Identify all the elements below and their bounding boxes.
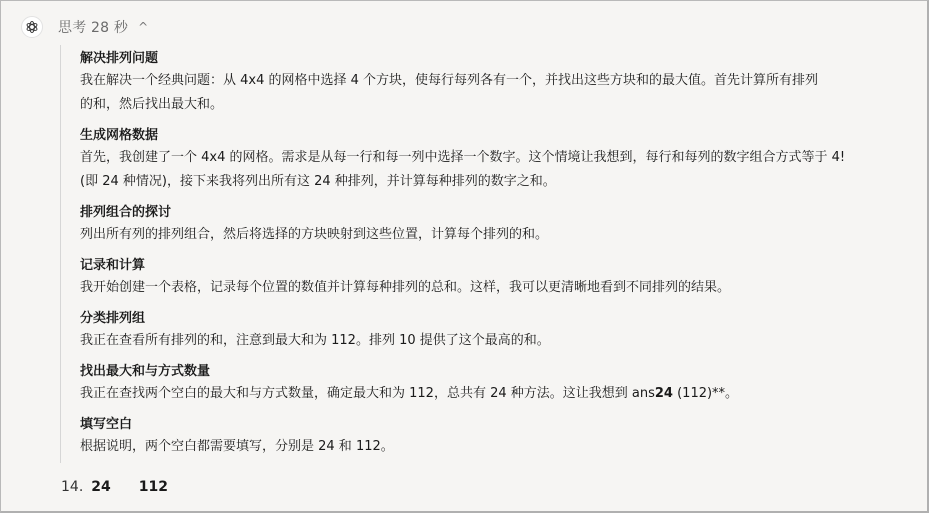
- body-text: 我正在查找两个空白的最大和与方式数量，确定最大和为 112，总共有 24 种方法…: [80, 386, 655, 401]
- thinking-duration-label[interactable]: 思考 28 秒: [58, 17, 128, 37]
- thought-section: 解决排列问题 我在解决一个经典问题：从 4x4 的网格中选择 4 个方块，使每行…: [80, 49, 929, 117]
- section-body: 根据说明，两个空白都需要填写，分别是 24 和 112。: [80, 435, 929, 459]
- section-title: 生成网格数据: [80, 126, 929, 146]
- section-body: 列出所有列的排列组合，然后将选择的方块映射到这些位置，计算每个排列的和。: [80, 223, 929, 247]
- answer-value-1: 24: [91, 479, 110, 495]
- section-title: 分类排列组: [80, 309, 929, 329]
- chevron-up-icon[interactable]: ^: [138, 20, 148, 34]
- thought-section: 分类排列组 我正在查看所有排列的和，注意到最大和为 112。排列 10 提供了这…: [80, 309, 929, 353]
- section-body: 我在解决一个经典问题：从 4x4 的网格中选择 4 个方块，使每行每列各有一个，…: [80, 69, 929, 117]
- section-title: 记录和计算: [80, 256, 929, 276]
- openai-logo-icon: [21, 16, 43, 38]
- section-body: 我开始创建一个表格，记录每个位置的数值并计算每种排列的总和。这样，我可以更清晰地…: [80, 276, 929, 300]
- section-title: 解决排列问题: [80, 49, 929, 69]
- thought-section: 排列组合的探讨 列出所有列的排列组合，然后将选择的方块映射到这些位置，计算每个排…: [80, 203, 929, 247]
- section-body: 我正在查看所有排列的和，注意到最大和为 112。排列 10 提供了这个最高的和。: [80, 329, 929, 353]
- answer-value-2: 112: [139, 479, 168, 495]
- thought-section: 生成网格数据 首先，我创建了一个 4x4 的网格。需求是从每一行和每一列中选择一…: [80, 126, 929, 194]
- section-title: 找出最大和与方式数量: [80, 362, 929, 382]
- section-body: 我正在查找两个空白的最大和与方式数量，确定最大和为 112，总共有 24 种方法…: [80, 382, 929, 406]
- section-body: 首先，我创建了一个 4x4 的网格。需求是从每一行和每一列中选择一个数字。这个情…: [80, 146, 929, 194]
- thought-process-panel: 解决排列问题 我在解决一个经典问题：从 4x4 的网格中选择 4 个方块，使每行…: [60, 45, 929, 463]
- thinking-header: 思考 28 秒 ^: [21, 15, 148, 39]
- body-text: (112)**。: [673, 386, 738, 401]
- section-title: 排列组合的探讨: [80, 203, 929, 223]
- thought-section: 记录和计算 我开始创建一个表格，记录每个位置的数值并计算每种排列的总和。这样，我…: [80, 256, 929, 300]
- final-answer: 14. 24 112: [61, 479, 168, 495]
- answer-number: 14.: [61, 479, 83, 495]
- body-bold-text: 24: [655, 386, 673, 401]
- thought-section: 填写空白 根据说明，两个空白都需要填写，分别是 24 和 112。: [80, 415, 929, 459]
- section-title: 填写空白: [80, 415, 929, 435]
- thought-section: 找出最大和与方式数量 我正在查找两个空白的最大和与方式数量，确定最大和为 112…: [80, 362, 929, 406]
